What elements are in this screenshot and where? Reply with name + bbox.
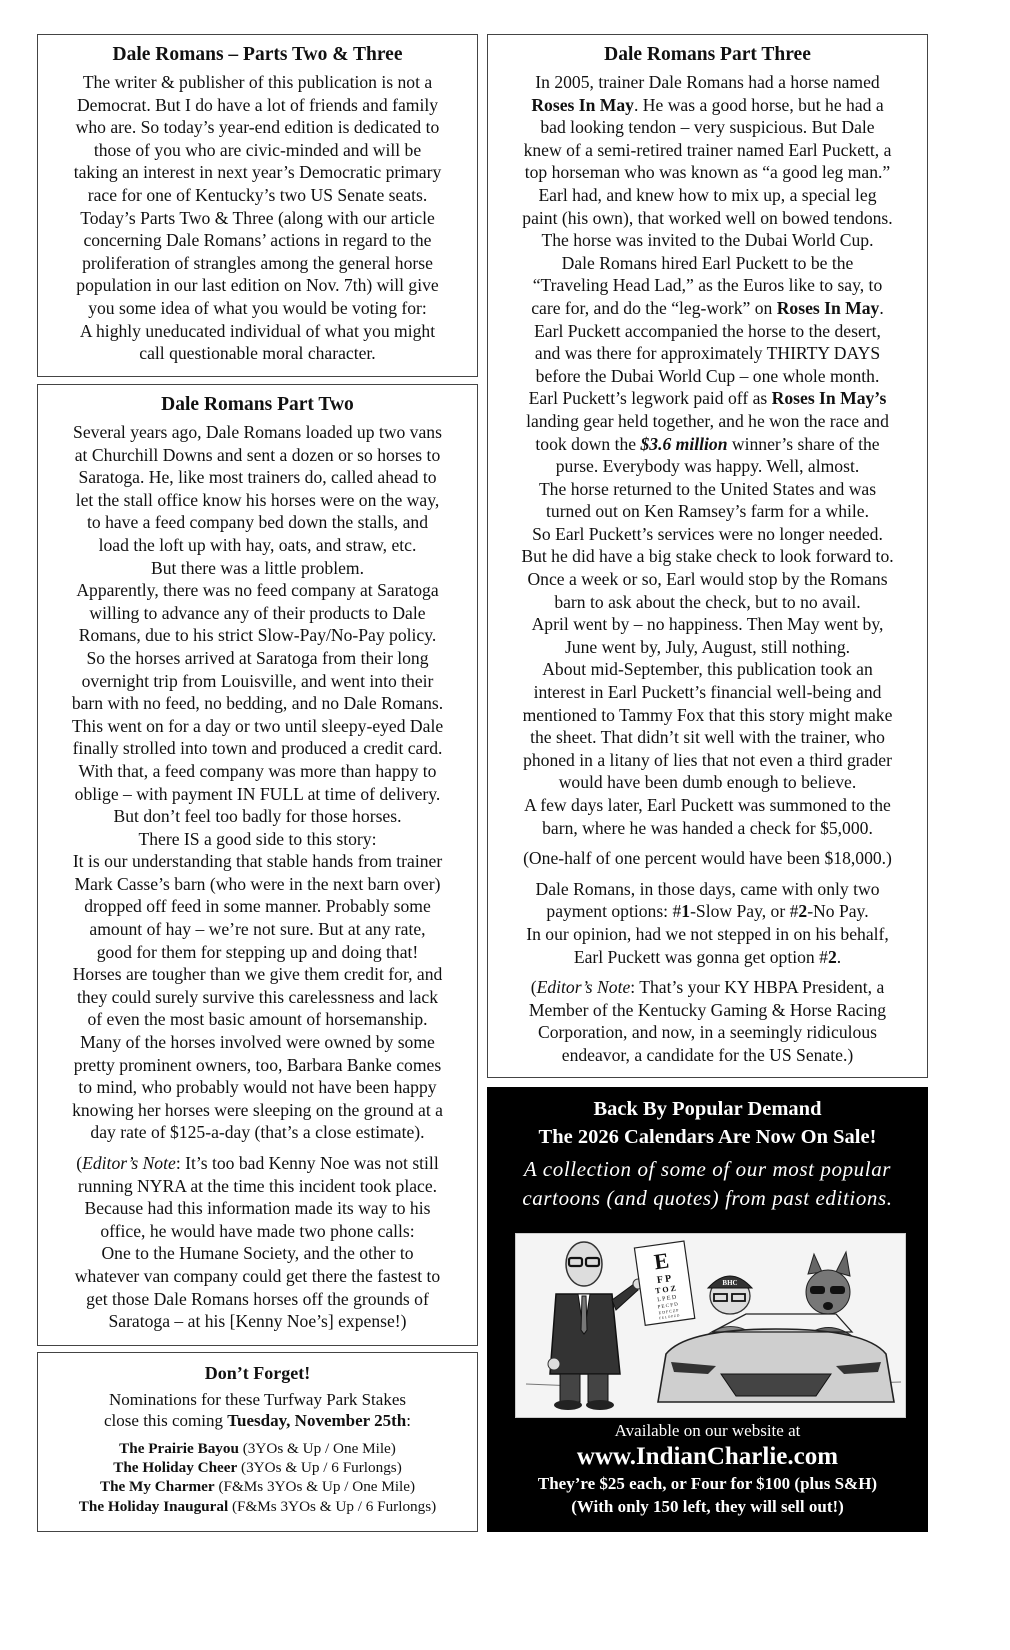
- calendar-advertisement: Back By Popular Demand The 2026 Calendar…: [487, 1087, 928, 1532]
- intro-article: Dale Romans – Parts Two & Three The writ…: [37, 34, 478, 377]
- ad-headline: Back By Popular Demand The 2026 Calendar…: [487, 1095, 928, 1151]
- stakes-item: The Holiday Inaugural (F&Ms 3YOs & Up / …: [38, 1497, 477, 1516]
- ad-scarcity-text: (With only 150 left, they will sell out!…: [487, 1496, 928, 1518]
- part-two-editors-note: (Editor’s Note: It’s too bad Kenny Noe w…: [38, 1152, 477, 1333]
- part-three-aside: (One-half of one percent would have been…: [488, 847, 927, 870]
- stakes-list: The Prairie Bayou (3YOs & Up / One Mile)…: [38, 1439, 477, 1516]
- ad-availability-text: Available on our website at: [487, 1420, 928, 1442]
- ad-price-text: They’re $25 each, or Four for $100 (plus…: [487, 1473, 928, 1495]
- nominations-intro: Nominations for these Turfway Park Stake…: [38, 1389, 477, 1431]
- cartoon-illustration: E F P T O Z L P E D P E C F D E D F C Z …: [515, 1233, 906, 1418]
- part-two-body: Several years ago, Dale Romans loaded up…: [38, 421, 477, 1144]
- part-three-payment-options: Dale Romans, in those days, came with on…: [488, 878, 927, 968]
- ad-subheadline: A collection of some of our most popular…: [487, 1155, 928, 1213]
- stakes-item: The Holiday Cheer (3YOs & Up / 6 Furlong…: [38, 1458, 477, 1477]
- eye-chart-icon: E F P T O Z L P E D P E C F D E D F C Z …: [634, 1241, 694, 1325]
- editors-note-label: Editor’s Note: [537, 977, 631, 997]
- svg-text:BHC: BHC: [722, 1279, 737, 1287]
- part-two-article: Dale Romans Part Two Several years ago, …: [37, 384, 478, 1346]
- stakes-item: The My Charmer (F&Ms 3YOs & Up / One Mil…: [38, 1477, 477, 1496]
- editors-note-label: Editor’s Note: [82, 1153, 176, 1173]
- website-link[interactable]: www.IndianCharlie.com: [487, 1442, 928, 1472]
- dont-forget-notice: Don’t Forget! Nominations for these Turf…: [37, 1352, 478, 1532]
- stakes-item: The Prairie Bayou (3YOs & Up / One Mile): [38, 1439, 477, 1458]
- part-two-title: Dale Romans Part Two: [38, 393, 477, 417]
- part-three-editors-note: (Editor’s Note: That’s your KY HBPA Pres…: [488, 976, 927, 1066]
- intro-body: The writer & publisher of this publicati…: [38, 71, 477, 365]
- part-three-title: Dale Romans Part Three: [488, 43, 927, 67]
- cartoon-image: E F P T O Z L P E D P E C F D E D F C Z …: [516, 1234, 905, 1417]
- part-three-body: In 2005, trainer Dale Romans had a horse…: [488, 71, 927, 839]
- intro-title: Dale Romans – Parts Two & Three: [38, 43, 477, 67]
- part-three-article: Dale Romans Part Three In 2005, trainer …: [487, 34, 928, 1078]
- dont-forget-title: Don’t Forget!: [38, 1361, 477, 1385]
- nomination-deadline: Tuesday, November 25th: [227, 1411, 406, 1430]
